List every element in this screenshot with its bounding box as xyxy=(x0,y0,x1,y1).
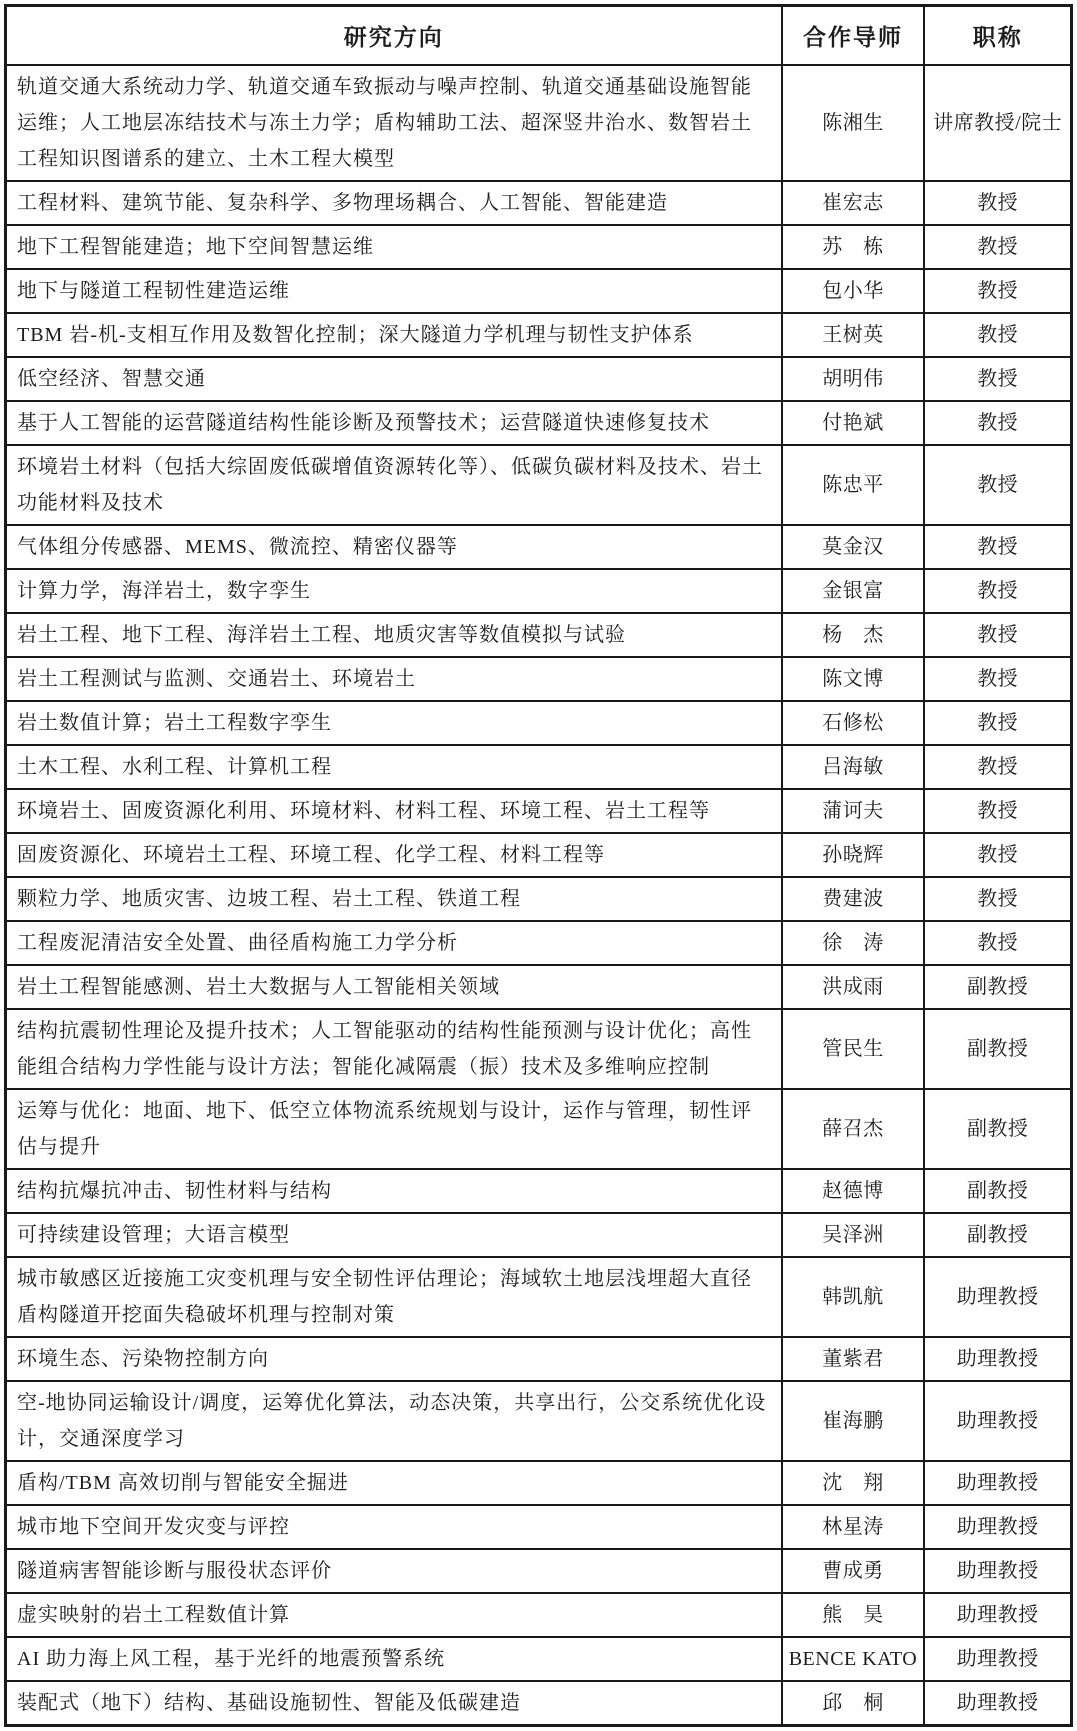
header-supervisor: 合作导师 xyxy=(782,6,925,66)
research-direction-cell: 可持续建设管理；大语言模型 xyxy=(6,1213,782,1257)
research-direction-cell: 环境岩土材料（包括大综固废低碳增值资源转化等）、低碳负碳材料及技术、岩土功能材料… xyxy=(6,445,782,525)
research-direction-cell: 环境生态、污染物控制方向 xyxy=(6,1337,782,1381)
title-cell: 助理教授 xyxy=(924,1257,1071,1337)
research-direction-cell: 岩土工程、地下工程、海洋岩土工程、地质灾害等数值模拟与试验 xyxy=(6,613,782,657)
supervisor-cell: 薛召杰 xyxy=(782,1089,925,1169)
table-row: 工程废泥清洁安全处置、曲径盾构施工力学分析 徐 涛 教授 xyxy=(6,921,1072,965)
research-direction-cell: 工程材料、建筑节能、复杂科学、多物理场耦合、人工智能、智能建造 xyxy=(6,181,782,225)
table-row: 地下工程智能建造；地下空间智慧运维 苏 栋 教授 xyxy=(6,225,1072,269)
table-row: 固废资源化、环境岩土工程、环境工程、化学工程、材料工程等 孙晓辉 教授 xyxy=(6,833,1072,877)
table-row: 结构抗爆抗冲击、韧性材料与结构 赵德博 副教授 xyxy=(6,1169,1072,1213)
title-cell: 教授 xyxy=(924,445,1071,525)
research-direction-cell: 低空经济、智慧交通 xyxy=(6,357,782,401)
supervisor-cell: 曹成勇 xyxy=(782,1549,925,1593)
research-direction-cell: 环境岩土、固废资源化利用、环境材料、材料工程、环境工程、岩土工程等 xyxy=(6,789,782,833)
table-row: 工程材料、建筑节能、复杂科学、多物理场耦合、人工智能、智能建造 崔宏志 教授 xyxy=(6,181,1072,225)
research-direction-cell: 土木工程、水利工程、计算机工程 xyxy=(6,745,782,789)
research-direction-cell: 地下与隧道工程韧性建造运维 xyxy=(6,269,782,313)
title-cell: 副教授 xyxy=(924,1169,1071,1213)
document-page: 研究方向 合作导师 职称 轨道交通大系统动力学、轨道交通车致振动与噪声控制、轨道… xyxy=(0,0,1077,1731)
supervisor-cell: 徐 涛 xyxy=(782,921,925,965)
research-direction-cell: 颗粒力学、地质灾害、边坡工程、岩土工程、铁道工程 xyxy=(6,877,782,921)
table-row: 城市敏感区近接施工灾变机理与安全韧性评估理论；海域软土地层浅埋超大直径盾构隧道开… xyxy=(6,1257,1072,1337)
supervisor-table: 研究方向 合作导师 职称 轨道交通大系统动力学、轨道交通车致振动与噪声控制、轨道… xyxy=(4,4,1073,1727)
title-cell: 助理教授 xyxy=(924,1337,1071,1381)
title-cell: 教授 xyxy=(924,357,1071,401)
research-direction-cell: 轨道交通大系统动力学、轨道交通车致振动与噪声控制、轨道交通基础设施智能运维；人工… xyxy=(6,65,782,181)
research-direction-cell: 空-地协同运输设计/调度，运筹优化算法，动态决策，共享出行，公交系统优化设计，交… xyxy=(6,1381,782,1461)
title-cell: 教授 xyxy=(924,225,1071,269)
supervisor-cell: 沈 翔 xyxy=(782,1461,925,1505)
research-direction-cell: AI 助力海上风工程，基于光纤的地震预警系统 xyxy=(6,1637,782,1681)
table-row: 颗粒力学、地质灾害、边坡工程、岩土工程、铁道工程 费建波 教授 xyxy=(6,877,1072,921)
supervisor-cell: 陈文博 xyxy=(782,657,925,701)
supervisor-cell: 陈湘生 xyxy=(782,65,925,181)
research-direction-cell: 基于人工智能的运营隧道结构性能诊断及预警技术；运营隧道快速修复技术 xyxy=(6,401,782,445)
title-cell: 助理教授 xyxy=(924,1637,1071,1681)
supervisor-cell: 邱 桐 xyxy=(782,1681,925,1726)
research-direction-cell: 隧道病害智能诊断与服役状态评价 xyxy=(6,1549,782,1593)
title-cell: 副教授 xyxy=(924,1089,1071,1169)
title-cell: 副教授 xyxy=(924,1009,1071,1089)
table-row: 岩土工程测试与监测、交通岩土、环境岩土 陈文博 教授 xyxy=(6,657,1072,701)
supervisor-cell: 洪成雨 xyxy=(782,965,925,1009)
supervisor-cell: BENCE KATO xyxy=(782,1637,925,1681)
title-cell: 教授 xyxy=(924,789,1071,833)
title-cell: 教授 xyxy=(924,313,1071,357)
research-direction-cell: 运筹与优化：地面、地下、低空立体物流系统规划与设计，运作与管理，韧性评估与提升 xyxy=(6,1089,782,1169)
title-cell: 副教授 xyxy=(924,965,1071,1009)
supervisor-cell: 陈忠平 xyxy=(782,445,925,525)
title-cell: 教授 xyxy=(924,401,1071,445)
supervisor-cell: 吕海敏 xyxy=(782,745,925,789)
table-row: 可持续建设管理；大语言模型 吴泽洲 副教授 xyxy=(6,1213,1072,1257)
supervisor-cell: 林星涛 xyxy=(782,1505,925,1549)
table-header-row: 研究方向 合作导师 职称 xyxy=(6,6,1072,66)
supervisor-cell: 崔海鹏 xyxy=(782,1381,925,1461)
supervisor-cell: 杨 杰 xyxy=(782,613,925,657)
table-row: TBM 岩-机-支相互作用及数智化控制；深大隧道力学机理与韧性支护体系 王树英 … xyxy=(6,313,1072,357)
research-direction-cell: 岩土数值计算；岩土工程数字孪生 xyxy=(6,701,782,745)
title-cell: 教授 xyxy=(924,657,1071,701)
research-direction-cell: 虚实映射的岩土工程数值计算 xyxy=(6,1593,782,1637)
table-row: 岩土数值计算；岩土工程数字孪生 石修松 教授 xyxy=(6,701,1072,745)
research-direction-cell: 城市敏感区近接施工灾变机理与安全韧性评估理论；海域软土地层浅埋超大直径盾构隧道开… xyxy=(6,1257,782,1337)
supervisor-cell: 莫金汉 xyxy=(782,525,925,569)
table-row: 环境生态、污染物控制方向 董紫君 助理教授 xyxy=(6,1337,1072,1381)
table-row: 地下与隧道工程韧性建造运维 包小华 教授 xyxy=(6,269,1072,313)
title-cell: 教授 xyxy=(924,745,1071,789)
supervisor-cell: 吴泽洲 xyxy=(782,1213,925,1257)
supervisor-cell: 金银富 xyxy=(782,569,925,613)
research-direction-cell: 岩土工程测试与监测、交通岩土、环境岩土 xyxy=(6,657,782,701)
table-row: 轨道交通大系统动力学、轨道交通车致振动与噪声控制、轨道交通基础设施智能运维；人工… xyxy=(6,65,1072,181)
supervisor-cell: 王树英 xyxy=(782,313,925,357)
table-row: 空-地协同运输设计/调度，运筹优化算法，动态决策，共享出行，公交系统优化设计，交… xyxy=(6,1381,1072,1461)
supervisor-cell: 包小华 xyxy=(782,269,925,313)
supervisor-cell: 韩凯航 xyxy=(782,1257,925,1337)
supervisor-cell: 赵德博 xyxy=(782,1169,925,1213)
table-row: 土木工程、水利工程、计算机工程 吕海敏 教授 xyxy=(6,745,1072,789)
title-cell: 教授 xyxy=(924,269,1071,313)
research-direction-cell: 工程废泥清洁安全处置、曲径盾构施工力学分析 xyxy=(6,921,782,965)
research-direction-cell: 气体组分传感器、MEMS、微流控、精密仪器等 xyxy=(6,525,782,569)
title-cell: 教授 xyxy=(924,833,1071,877)
title-cell: 助理教授 xyxy=(924,1681,1071,1726)
title-cell: 助理教授 xyxy=(924,1381,1071,1461)
header-title: 职称 xyxy=(924,6,1071,66)
research-direction-cell: TBM 岩-机-支相互作用及数智化控制；深大隧道力学机理与韧性支护体系 xyxy=(6,313,782,357)
title-cell: 副教授 xyxy=(924,1213,1071,1257)
title-cell: 教授 xyxy=(924,877,1071,921)
title-cell: 教授 xyxy=(924,921,1071,965)
header-research-direction: 研究方向 xyxy=(6,6,782,66)
supervisor-cell: 石修松 xyxy=(782,701,925,745)
supervisor-cell: 崔宏志 xyxy=(782,181,925,225)
table-row: 岩土工程、地下工程、海洋岩土工程、地质灾害等数值模拟与试验 杨 杰 教授 xyxy=(6,613,1072,657)
title-cell: 助理教授 xyxy=(924,1593,1071,1637)
table-row: 气体组分传感器、MEMS、微流控、精密仪器等 莫金汉 教授 xyxy=(6,525,1072,569)
table-row: 装配式（地下）结构、基础设施韧性、智能及低碳建造 邱 桐 助理教授 xyxy=(6,1681,1072,1726)
research-direction-cell: 岩土工程智能感测、岩土大数据与人工智能相关领域 xyxy=(6,965,782,1009)
research-direction-cell: 地下工程智能建造；地下空间智慧运维 xyxy=(6,225,782,269)
research-direction-cell: 计算力学，海洋岩土，数字孪生 xyxy=(6,569,782,613)
research-direction-cell: 结构抗震韧性理论及提升技术；人工智能驱动的结构性能预测与设计优化；高性能组合结构… xyxy=(6,1009,782,1089)
supervisor-cell: 胡明伟 xyxy=(782,357,925,401)
table-row: 隧道病害智能诊断与服役状态评价 曹成勇 助理教授 xyxy=(6,1549,1072,1593)
table-row: 低空经济、智慧交通 胡明伟 教授 xyxy=(6,357,1072,401)
table-row: AI 助力海上风工程，基于光纤的地震预警系统 BENCE KATO 助理教授 xyxy=(6,1637,1072,1681)
supervisor-cell: 费建波 xyxy=(782,877,925,921)
title-cell: 教授 xyxy=(924,525,1071,569)
title-cell: 教授 xyxy=(924,701,1071,745)
table-row: 结构抗震韧性理论及提升技术；人工智能驱动的结构性能预测与设计优化；高性能组合结构… xyxy=(6,1009,1072,1089)
supervisor-cell: 孙晓辉 xyxy=(782,833,925,877)
supervisor-cell: 苏 栋 xyxy=(782,225,925,269)
table-row: 运筹与优化：地面、地下、低空立体物流系统规划与设计，运作与管理，韧性评估与提升 … xyxy=(6,1089,1072,1169)
table-row: 计算力学，海洋岩土，数字孪生 金银富 教授 xyxy=(6,569,1072,613)
title-cell: 教授 xyxy=(924,569,1071,613)
table-row: 虚实映射的岩土工程数值计算 熊 昊 助理教授 xyxy=(6,1593,1072,1637)
title-cell: 教授 xyxy=(924,181,1071,225)
supervisor-cell: 熊 昊 xyxy=(782,1593,925,1637)
supervisor-cell: 董紫君 xyxy=(782,1337,925,1381)
title-cell: 助理教授 xyxy=(924,1549,1071,1593)
supervisor-cell: 付艳斌 xyxy=(782,401,925,445)
title-cell: 教授 xyxy=(924,613,1071,657)
research-direction-cell: 盾构/TBM 高效切削与智能安全掘进 xyxy=(6,1461,782,1505)
supervisor-cell: 蒲诃夫 xyxy=(782,789,925,833)
table-row: 岩土工程智能感测、岩土大数据与人工智能相关领域 洪成雨 副教授 xyxy=(6,965,1072,1009)
research-direction-cell: 结构抗爆抗冲击、韧性材料与结构 xyxy=(6,1169,782,1213)
table-row: 基于人工智能的运营隧道结构性能诊断及预警技术；运营隧道快速修复技术 付艳斌 教授 xyxy=(6,401,1072,445)
title-cell: 助理教授 xyxy=(924,1505,1071,1549)
table-row: 盾构/TBM 高效切削与智能安全掘进 沈 翔 助理教授 xyxy=(6,1461,1072,1505)
table-row: 环境岩土、固废资源化利用、环境材料、材料工程、环境工程、岩土工程等 蒲诃夫 教授 xyxy=(6,789,1072,833)
research-direction-cell: 固废资源化、环境岩土工程、环境工程、化学工程、材料工程等 xyxy=(6,833,782,877)
title-cell: 助理教授 xyxy=(924,1461,1071,1505)
research-direction-cell: 装配式（地下）结构、基础设施韧性、智能及低碳建造 xyxy=(6,1681,782,1726)
supervisor-cell: 管民生 xyxy=(782,1009,925,1089)
research-direction-cell: 城市地下空间开发灾变与评控 xyxy=(6,1505,782,1549)
table-body: 轨道交通大系统动力学、轨道交通车致振动与噪声控制、轨道交通基础设施智能运维；人工… xyxy=(6,65,1072,1726)
title-cell: 讲席教授/院士 xyxy=(924,65,1071,181)
table-row: 环境岩土材料（包括大综固废低碳增值资源转化等）、低碳负碳材料及技术、岩土功能材料… xyxy=(6,445,1072,525)
table-row: 城市地下空间开发灾变与评控 林星涛 助理教授 xyxy=(6,1505,1072,1549)
